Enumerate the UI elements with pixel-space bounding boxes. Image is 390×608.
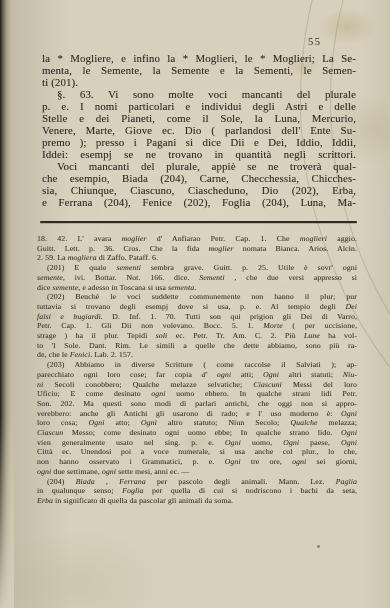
text-segment: uomo, [241,438,283,447]
footnote-line: verebbero: anche gli Antichi gli usarono… [37,409,357,419]
footnote-line: loro cosa; Ogni atto; Ogni altro statuto… [37,418,357,428]
text-segment: mogliera [68,253,97,262]
text-segment: ec. Petr. Tr. Am. C. 2. Più [167,331,304,340]
text-segment: Ferrana [119,477,146,486]
text-segment: Morte [263,321,283,330]
text-segment: sei giorni, [306,457,357,466]
text-segment: dice [37,283,52,292]
footnote-line: in qualunque senso; Foglia per quella di… [37,486,357,496]
text-segment: che esempio, Biada (204), Carne, Checche… [42,173,356,185]
text-segment: semente [52,283,78,292]
text-segment: altro statuto; Niun Secolo; [157,418,291,427]
text-segment: Erba [37,496,53,505]
text-segment: , ivi. Bottar. Not. 166. dice. [63,273,199,282]
text-segment: loro cosa; [37,418,88,427]
text-segment: Città ec. Unendosi poi a voce numerale, … [37,447,357,456]
text-segment: Foglia [122,486,143,495]
text-segment: . Lab. 2. 157. [90,350,133,359]
text-segment: falsi e bugiardi. [37,312,103,321]
text-segment: melazza; [318,418,358,427]
text-segment: Messo; come desinato ogni uomo ebbe; In … [63,428,341,437]
text-segment: Venere, Marte, Giove ec. Dio ( parlandos… [42,125,356,137]
text-segment: ha vol- [320,331,357,340]
text-segment: uomo ebbero. In qualche strani lidi Petr… [166,389,357,398]
footnote-line: falsi e bugiardi. D. Inf. 1. 70. Tutti s… [37,312,357,322]
main-text-line: che esempio, Biada (204), Carne, Checche… [42,173,356,185]
text-segment: due settimane, [51,467,102,476]
text-segment: ti (201). [42,77,78,89]
text-segment: Voci mancanti del plurale, appiè se ne t… [57,161,356,173]
footnote-line: (202) Benchè le voci suddette communemen… [37,292,357,302]
text-segment: §. 63. Vi sono molte voci mancanti del p… [57,89,356,101]
text-segment: la * Mogliere, e infino la * Moglieri, l… [42,53,356,65]
text-segment: Lune [304,331,320,340]
text-segment: atti; [231,370,263,379]
text-segment: menta, le Semente, la Semente e la Semen… [42,65,356,77]
text-segment: Ogni [141,418,157,427]
footnote-line: 18. 42. L' avara moglier d' Anfiarao Pet… [37,234,357,244]
text-segment: Qualche [290,418,317,427]
footnote-line: parecchiato ogni loro cose; far copia d'… [37,370,357,380]
text-segment: Stelle e dei Pianeti, come il Sole, la L… [42,113,356,125]
footnote-line: Uficio; E come desinato ogni uomo ebbero… [37,389,357,399]
text-segment: Secoli conobbero; Qualche melazze selvat… [43,380,253,389]
main-text-line: p. e. I nomi particolari e individui deg… [42,101,356,113]
footnote-separator-rule [40,221,357,223]
text-segment: 2. 59. La [37,253,68,262]
footnote-line: (203) Abbiamo in diverse Scritture ( com… [37,360,357,370]
footnote-line: non hanno osservato i Grammatici, p. e. … [37,457,357,467]
text-segment: semente [37,273,63,282]
text-segment: moglier [209,244,234,253]
text-segment: atto; [104,418,140,427]
main-text-line: §. 63. Vi sono molte voci mancanti del p… [42,89,356,101]
text-segment: strage ) ha il plur. Tepidi [37,331,156,340]
text-segment: paese, [299,438,341,447]
text-segment: d' ogni [202,370,232,379]
text-segment: per pascolo degli animali. Mann. Lez. [146,477,336,486]
text-segment: Messi del loro [282,380,357,389]
footnote-line: Ciascun Messo; come desinato ogni uomo e… [37,428,357,438]
text-segment: sementa [168,283,194,292]
text-segment: sette mesi, anni ec. — [116,467,189,476]
footnote-line: (204) Biada , Ferrana per pascolo degli … [37,477,357,487]
text-segment: altri statuti; [279,370,343,379]
text-segment: Ogni [341,428,357,437]
footnote-line: strage ) ha il plur. Tepidi soli ec. Pet… [37,331,357,341]
footnote-line: semente, ivi. Bottar. Not. 166. dice. Se… [37,273,357,283]
text-segment: (204) [47,477,76,486]
footnote-line: dice semente, e adesso in Toscana si usa… [37,283,357,293]
text-segment: in qualunque senso; [37,486,122,495]
text-segment: ( per uccisione, [283,321,357,330]
text-segment: non hanno osservato i Grammatici, p. e. [37,457,225,466]
footnote-line: Son. 202. Ma questi sono modi di parlari… [37,399,357,409]
footnote-line: ni Secoli conobbero; Qualche melazze sel… [37,380,357,390]
text-segment: Ogni [225,438,241,447]
text-segment: nomata Bianca. Arios. Alcin. [234,244,357,253]
text-segment: ogni [102,467,116,476]
footnote-line: Guitt. Lett. p. 36. Cros. Che la fida mo… [37,244,357,254]
footnote-line: Erba in significato di quella da pascola… [37,496,357,506]
text-segment: aggio. [327,234,357,243]
text-segment: Niu- [343,370,357,379]
page-number: 55 [308,37,322,48]
text-segment: tuttavia si trovano degli esempj dove si… [37,302,345,311]
text-segment: D. Inf. 1. 70. Tutti son qui prigion gli… [103,312,357,321]
text-segment: Son. 202. Ma questi sono modi di parlari… [37,399,357,408]
text-segment: to 'l Sole. Dant. Rim. Le simili a quell… [37,341,357,350]
text-segment: 18. 42. L' avara [37,234,122,243]
text-segment: e Ferrana (204), Fenice (202), Foglia (2… [42,197,356,209]
text-segment: Biada [76,477,95,486]
text-segment: ogni [37,467,51,476]
text-segment: Ogni [341,438,357,447]
text-segment: sia, Chiunque, Ciascuno, Ciascheduno, Di… [42,185,356,197]
main-text-line: Venere, Marte, Giove ec. Dio ( parlandos… [42,125,356,137]
text-segment: ogni [151,389,165,398]
text-segment: Sementi [199,273,224,282]
text-segment: Ogni [341,409,357,418]
text-segment: per quella di cui si nodriscono i bachi … [144,486,357,495]
text-segment: de, che le [37,350,70,359]
main-text-line: Voci mancanti del plurale, appiè se ne t… [42,161,356,173]
text-segment: , [95,477,119,486]
text-segment: (202) Benchè le voci suddette communemen… [47,292,357,301]
text-segment: Uficio; E come desinato [37,389,151,398]
main-text-line: menta, le Semente, la Semente e la Semen… [42,65,356,77]
footnote-line: Petr. Cap. 1. Gli Dii non volevano. Bocc… [37,321,357,331]
text-segment: in significato di quella da pascolar gli… [53,496,233,505]
text-segment: Ciascun [37,428,63,437]
footnote-line: vien generalmente usato nel sing. p. e. … [37,438,357,448]
text-segment: moglier [122,234,147,243]
text-segment: (201) E quale [47,263,116,272]
text-segment: parecchiato ogni loro cose; far copia [37,370,202,379]
main-text-line: premo ); presso i Pagani si dice Dii e D… [42,137,356,149]
text-segment: Ogni [88,418,104,427]
text-segment: Petr. Cap. 1. Gli Dii non volevano. Bocc… [37,321,263,330]
text-segment: . [194,283,196,292]
footnote-line: ogni due settimane, ogni sette mesi, ann… [37,467,357,477]
text-segment: sementi [116,263,141,272]
text-segment: sembra grave. Guitt. p. 25. Utile è sovr… [141,263,357,272]
text-segment: vien generalmente usato nel sing. p. e. [37,438,225,447]
main-text-line: Iddei: esempj se ne trovano in quantità … [42,149,356,161]
text-segment: verebbero: anche gli Antichi gli usarono… [37,409,341,418]
book-spine-edge-fade [0,418,14,608]
text-segment: premo ); presso i Pagani si dice Dii e D… [42,137,356,149]
footnote-line: (201) E quale sementi sembra grave. Guit… [37,263,357,273]
text-segment: , che due versi appresso si [225,273,357,282]
text-segment: di Zaffo. Pataff. 6. [97,253,158,262]
text-segment: soli [156,331,168,340]
main-text-line: la * Mogliere, e infino la * Moglieri, l… [42,53,356,65]
book-page-scan: 55 la * Mogliere, e infino la * Moglieri… [0,0,390,608]
text-segment: Ciascuni [253,380,282,389]
text-segment: Fenici [70,350,91,359]
text-segment: Ogni [225,457,241,466]
text-segment: , e adesso in Toscana si usa [78,283,168,292]
text-segment: ogni [292,457,306,466]
text-segment: d' Anfiarao Petr. Cap. 1. Che [147,234,300,243]
footnotes: 18. 42. L' avara moglier d' Anfiarao Pet… [37,234,357,506]
text-segment: Ogni [283,438,299,447]
text-segment: Paglia [336,477,357,486]
main-text-line: ti (201). [42,77,356,89]
paper-stain-dot [317,545,320,548]
main-text-line: sia, Chiunque, Ciascuno, Ciascheduno, Di… [42,185,356,197]
text-segment: tre ore, [241,457,292,466]
text-segment: moglieri [300,234,327,243]
footnote-line: Città ec. Unendosi poi a voce numerale, … [37,447,357,457]
text-segment: (203) Abbiamo in diverse Scritture ( com… [47,360,357,369]
footnote-line: 2. 59. La mogliera di Zaffo. Pataff. 6. [37,253,357,263]
main-text-line: Stelle e dei Pianeti, come il Sole, la L… [42,113,356,125]
text-segment: Iddei: esempj se ne trovano in quantità … [42,149,356,161]
text-segment: p. e. I nomi particolari e individui deg… [42,101,356,113]
text-segment: Guitt. Lett. p. 36. Cros. Che la fida [37,244,209,253]
footnote-line: de, che le Fenici. Lab. 2. 157. [37,350,357,360]
footnote-line: to 'l Sole. Dant. Rim. Le simili a quell… [37,341,357,351]
text-segment: Dei [345,302,357,311]
footnote-line: tuttavia si trovano degli esempj dove si… [37,302,357,312]
main-text-line: e Ferrana (204), Fenice (202), Foglia (2… [42,197,356,209]
main-text: la * Mogliere, e infino la * Moglieri, l… [42,53,356,209]
text-segment: Ogni [263,370,279,379]
